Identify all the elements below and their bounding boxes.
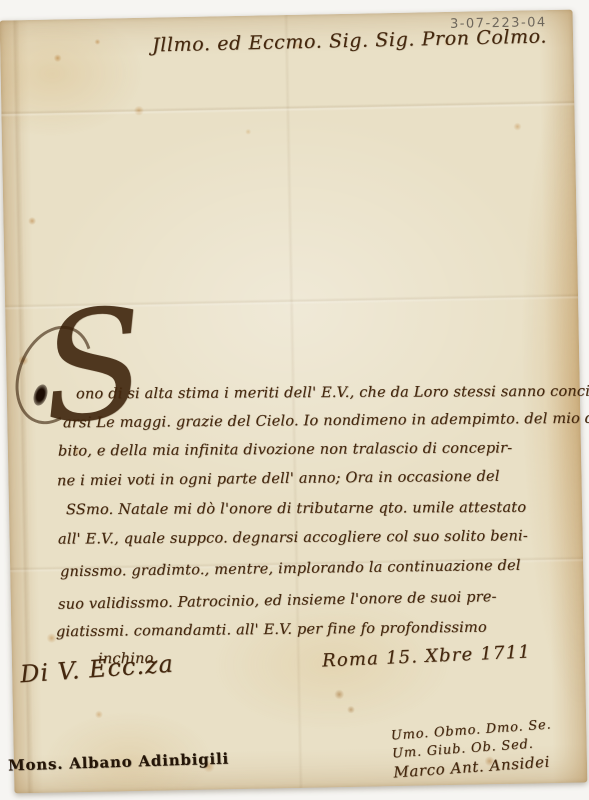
body-line: gnissmo. gradimto., mentre, implorando l… [60, 558, 521, 580]
body-line: ono di si alta stima i meriti dell' E.V.… [76, 384, 589, 403]
body-line: ne i miei voti in ogni parte dell' anno;… [57, 469, 500, 490]
body-line: giatissmi. comandamti. all' E.V. per fin… [56, 620, 487, 641]
recipient-annotation: Mons. Albano Adinbigili [8, 750, 229, 775]
body-line: arsi Le maggi. grazie del Cielo. Io nond… [63, 411, 589, 432]
body-line: suo validissmo. Patrocinio, ed insieme l… [58, 589, 497, 613]
salutation-line: Jllmo. ed Eccmo. Sig. Sig. Pron Colmo. [152, 26, 547, 57]
body-line: bito, e della mia infinita divozione non… [58, 440, 512, 459]
closing-formula: Di V. Ecc.za [19, 650, 175, 689]
scan-background: 3-07-223-04 Jllmo. ed Eccmo. Sig. Sig. P… [0, 0, 589, 800]
body-line: all' E.V., quale suppco. degnarsi accogl… [58, 528, 528, 547]
body-line: SSmo. Natale mi dò l'onore di tributarne… [66, 500, 526, 518]
dateline: Roma 15. Xbre 1711 [322, 641, 532, 671]
signature-block: Umo. Obmo. Dmo. Se. Um. Giub. Ob. Sed. M… [390, 716, 554, 781]
handwriting-layer: 3-07-223-04 Jllmo. ed Eccmo. Sig. Sig. P… [0, 0, 589, 800]
